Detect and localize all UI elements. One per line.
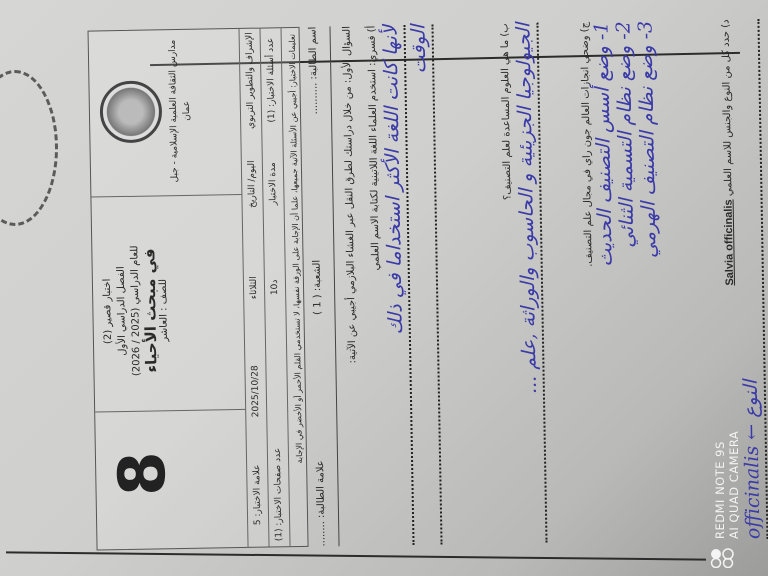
anniversary-logo: 8 [107, 418, 179, 529]
student-name: اسم الطالبة: .......... [307, 27, 320, 115]
student-mark: علامة الطالبة: ........ [315, 460, 328, 546]
school-block: مدارس الثقافة العلمية الإسلامية - جبل عم… [99, 36, 196, 188]
logo-number: 8 [107, 418, 179, 529]
camera-watermark: REDMI NOTE 9S AI QUAD CAMERA [694, 380, 754, 570]
question-1: السؤال الأول: من خلال دراستك لطرق النقل … [341, 25, 442, 547]
student-info: اسم الطالبة: .......... الشعبة: ( 1 ) عل… [307, 27, 327, 547]
watermark-line1: REDMI NOTE 9S [713, 389, 727, 539]
exam-info-table: الإشراف والتطوير التربوي اليوم/ التاريخ … [239, 28, 308, 547]
exam-title-block: اختبار قصير (2) الفصل الدراسي الأول للعا… [100, 220, 173, 401]
exam-sheet: مدارس الثقافة العلمية الإسلامية - جبل عم… [79, 0, 768, 571]
school-name: مدارس الثقافة العلمية الإسلامية - جبل عم… [167, 36, 196, 186]
watermark-line2: AI QUAD CAMERA [727, 389, 741, 539]
question-c: ج) وضحي انجازات العالم جون راي في مجال ع… [579, 21, 665, 542]
exam-header: مدارس الثقافة العلمية الإسلامية - جبل عم… [88, 27, 309, 551]
question-title: السؤال الأول: من خلال دراستك لطرق النقل … [341, 26, 361, 546]
section: الشعبة: ( 1 ) [312, 260, 324, 315]
camera-logo-icon [708, 548, 738, 568]
question-b: ب) ما هي العلوم المساعدة لعلم التصنيف؟ ا… [499, 23, 547, 544]
scientific-name: Salvia officinalis [723, 199, 737, 285]
school-emblem-icon [99, 80, 162, 143]
school-stamp-icon [0, 70, 58, 226]
grade: للصف : العاشر [156, 220, 173, 400]
exam-photo: مدارس الثقافة العلمية الإسلامية - جبل عم… [0, 0, 768, 576]
